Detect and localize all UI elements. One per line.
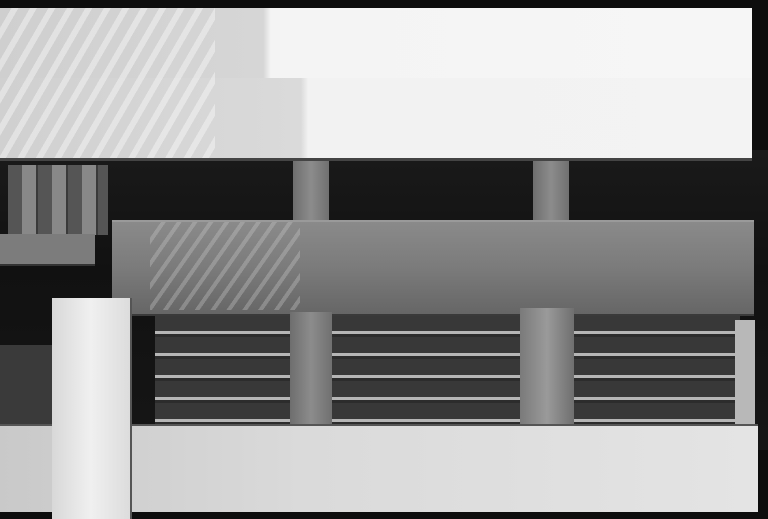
right-edge-post <box>735 320 755 425</box>
photograph <box>0 0 768 519</box>
left-fence-posts <box>8 165 108 235</box>
light-stripes-top <box>0 8 215 158</box>
lower-post-left <box>290 312 332 437</box>
vertical-white-board <box>52 298 132 519</box>
lower-post-right <box>520 308 574 432</box>
upper-post-right <box>533 150 569 226</box>
left-shadow-area <box>0 345 55 430</box>
light-stripes-middle <box>150 222 300 310</box>
left-crossbeam <box>0 234 95 266</box>
stacked-slats <box>155 315 740 433</box>
